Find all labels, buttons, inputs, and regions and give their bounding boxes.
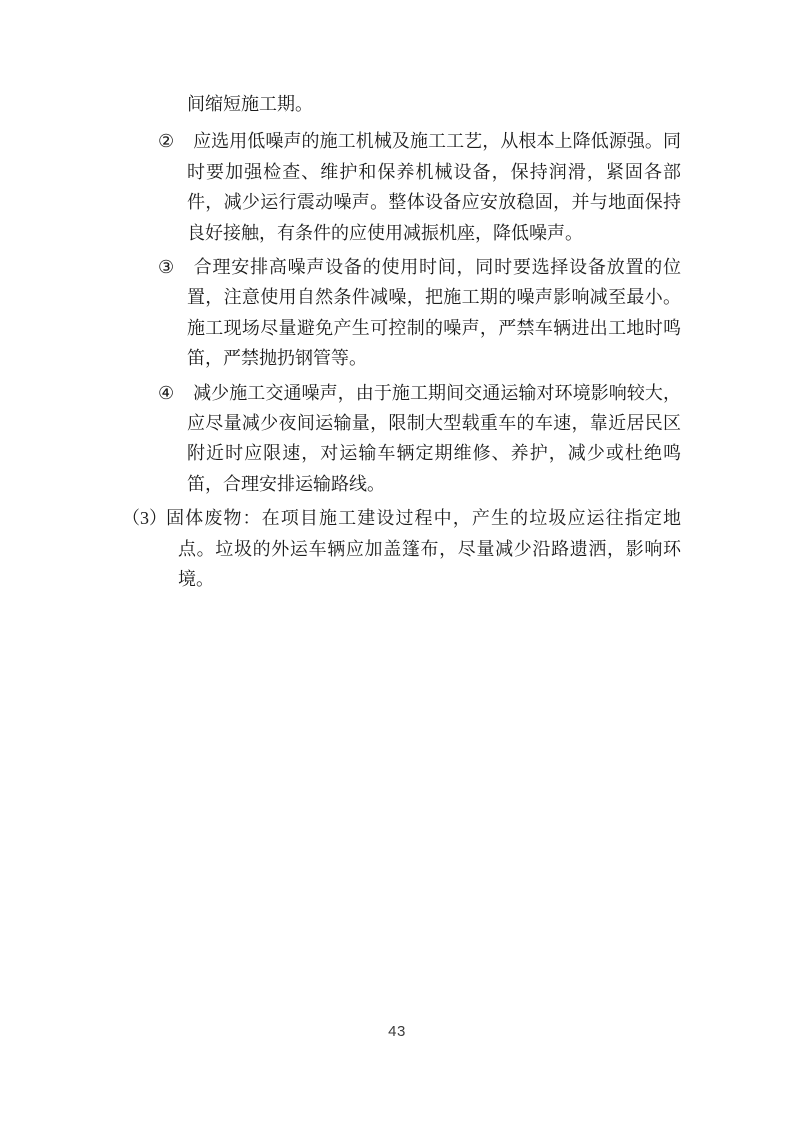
list-item-paren-3: （3）固体废物：在项目施工建设过程中，产生的垃圾应运往指定地点。垃圾的外运车辆应… xyxy=(0,503,794,594)
list-marker-circled-4: ④ xyxy=(158,378,193,408)
document-page: 间缩短施工期。 ②应选用低噪声的施工机械及施工工艺，从根本上降低源强。同时要加强… xyxy=(0,0,794,1122)
list-item-circled-2: ②应选用低噪声的施工机械及施工工艺，从根本上降低源强。同时要加强检查、维护和保养… xyxy=(0,126,794,248)
list-marker-circled-3: ③ xyxy=(158,252,193,282)
list-item-text: 固体废物：在项目施工建设过程中，产生的垃圾应运往指定地点。垃圾的外运车辆应加盖篷… xyxy=(165,508,681,589)
list-item-circled-3: ③合理安排高噪声设备的使用时间，同时要选择设备放置的位置，注意使用自然条件减噪，… xyxy=(0,252,794,374)
list-item-circled-4: ④减少施工交通噪声，由于施工期间交通运输对环境影响较大，应尽量减少夜间运输量，限… xyxy=(0,378,794,500)
list-marker-paren-3: （3） xyxy=(122,503,165,533)
page-number: 43 xyxy=(0,1023,794,1040)
list-marker-circled-2: ② xyxy=(158,126,193,156)
paragraph-continuation-line: 间缩短施工期。 xyxy=(0,89,794,119)
list-item-text: 应选用低噪声的施工机械及施工工艺，从根本上降低源强。同时要加强检查、维护和保养机… xyxy=(187,131,681,242)
list-item-text: 减少施工交通噪声，由于施工期间交通运输对环境影响较大，应尽量减少夜间运输量，限制… xyxy=(187,383,681,494)
list-item-text: 合理安排高噪声设备的使用时间，同时要选择设备放置的位置，注意使用自然条件减噪，把… xyxy=(187,257,681,368)
page-body: 间缩短施工期。 ②应选用低噪声的施工机械及施工工艺，从根本上降低源强。同时要加强… xyxy=(0,89,794,595)
